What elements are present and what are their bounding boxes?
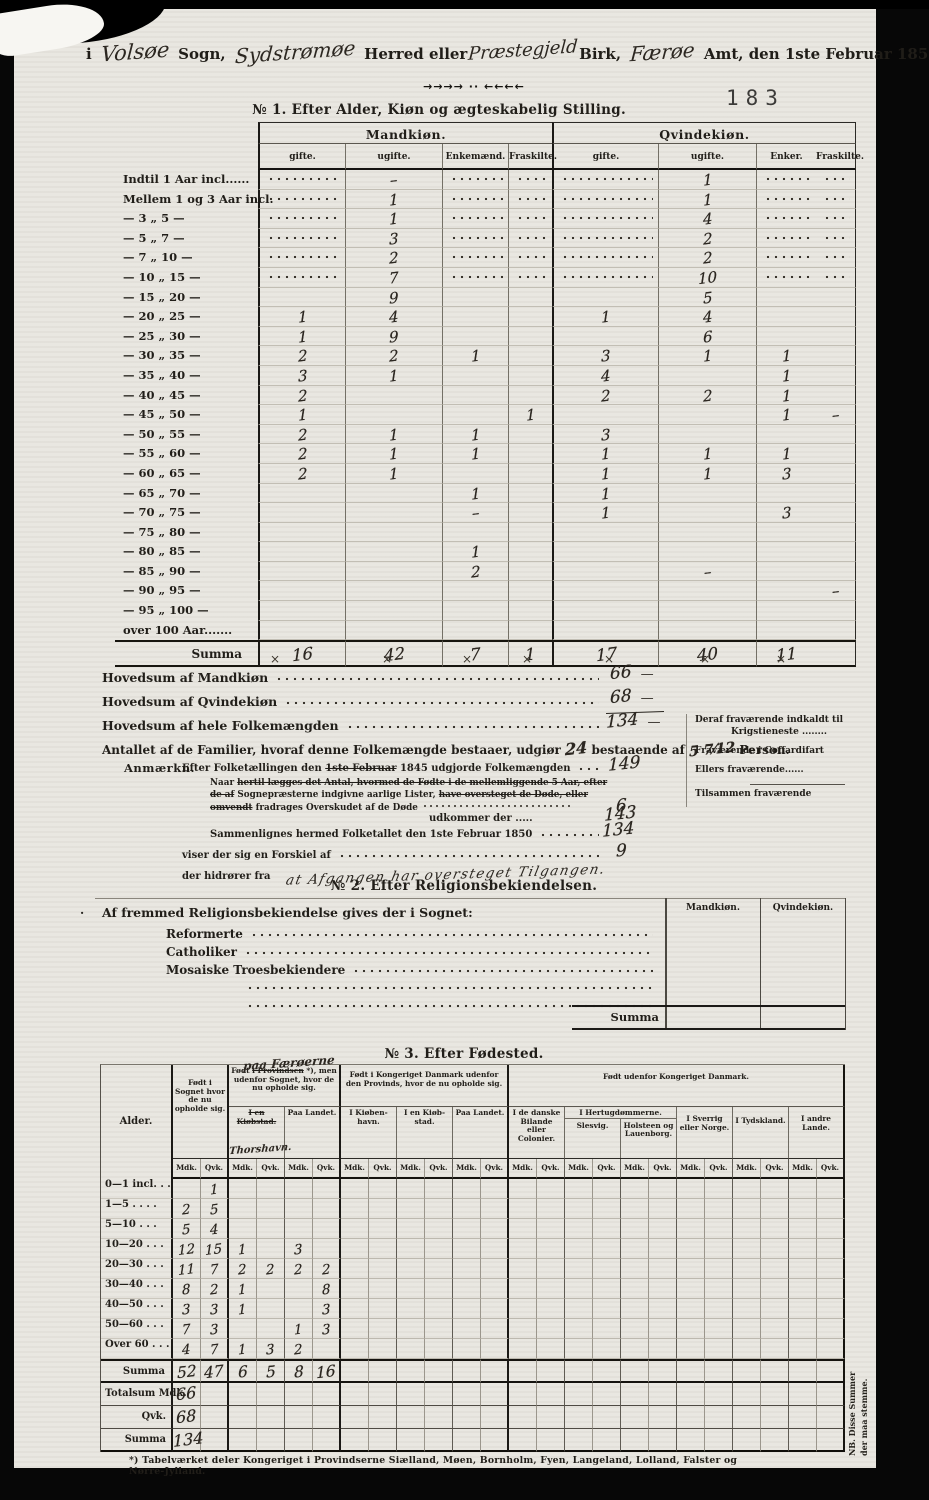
dotted-leader: [537, 828, 599, 841]
cell: [453, 1319, 481, 1339]
cell: [537, 1179, 565, 1199]
cell: [565, 1319, 593, 1339]
hovedsum-total-value: 134—: [606, 711, 660, 731]
cell: [537, 1383, 565, 1406]
cell: [481, 1199, 509, 1219]
cell-female-enker: [756, 229, 816, 249]
cell-female-gifte: [552, 523, 658, 543]
cell-female-ugifte: [658, 581, 756, 601]
county-name-handwritten: Færøe: [629, 38, 695, 67]
cell: [201, 1406, 229, 1429]
dotted-leader: [336, 849, 599, 862]
mdk-header: Mdk.: [341, 1159, 369, 1179]
census-scan-page: i Volsøe Sogn, Sydstrømøe Herred eller P…: [0, 0, 929, 1500]
birthplace-row-label: 30—40 . . .: [101, 1279, 173, 1299]
cell: [649, 1339, 677, 1359]
age-row-label: — 40 „ 45 —: [115, 386, 258, 406]
cell: [733, 1383, 761, 1406]
cell: 7: [173, 1319, 201, 1339]
age-row-label: — 20 „ 25 —: [115, 307, 258, 327]
cell: 3: [285, 1239, 313, 1259]
cell-female-gifte: 3: [552, 346, 658, 366]
cell: [369, 1359, 397, 1383]
page-number: 183: [726, 86, 785, 110]
cell: [425, 1219, 453, 1239]
anm-line1: Efter Folketællingen den 1ste Februar 18…: [182, 762, 604, 775]
mdk-header: Mdk.: [565, 1159, 593, 1179]
cell: [285, 1406, 313, 1429]
cell-female-gifte: [552, 248, 658, 268]
qvk-header: Qvk.: [369, 1159, 397, 1179]
cell-male-fraskilte: [508, 523, 552, 543]
cell-male-gifte: 2: [258, 346, 345, 366]
cell: [621, 1259, 649, 1279]
cell-male-fraskilte: [508, 288, 552, 308]
cell: [397, 1219, 425, 1239]
cell-female-fraskilte: [816, 366, 856, 386]
cell: [705, 1299, 733, 1319]
cell: 52: [173, 1359, 201, 1383]
cell-female-enker: 1: [756, 405, 816, 425]
mdk-header: Mdk.: [229, 1159, 257, 1179]
cell-female-fraskilte: [816, 190, 856, 210]
cell: [593, 1259, 621, 1279]
cell-female-fraskilte: [816, 229, 856, 249]
cell: [649, 1383, 677, 1406]
cell-male-fraskilte: [508, 562, 552, 582]
cell: 12: [173, 1239, 201, 1259]
cell: [565, 1279, 593, 1299]
cell: [537, 1199, 565, 1219]
cell-male-fraskilte: [508, 503, 552, 523]
birthplace-row-label: Totalsum Mdk.: [101, 1383, 173, 1406]
cell: [341, 1219, 369, 1239]
cell: 8: [313, 1279, 341, 1299]
cell: 3: [313, 1299, 341, 1319]
cell-male-fraskilte: [508, 484, 552, 504]
cell-male-ugifte: [345, 542, 442, 562]
cell: [761, 1429, 789, 1452]
cell-female-ugifte: –: [658, 562, 756, 582]
cell-male-gifte: [258, 190, 345, 210]
cell: [733, 1299, 761, 1319]
religion-row: Catholiker: [166, 945, 658, 959]
cell-male-fraskilte: [508, 621, 552, 641]
cell-male-gifte: 2: [258, 386, 345, 406]
cell: [565, 1406, 593, 1429]
cell: [705, 1259, 733, 1279]
cell: [425, 1259, 453, 1279]
cell-male-gifte: [258, 581, 345, 601]
cell-male-enkemaend: [442, 248, 508, 268]
age-row-label: — 55 „ 60 —: [115, 444, 258, 464]
cell-male-fraskilte: [508, 425, 552, 445]
cell-female-enker: [756, 170, 816, 190]
cell: [789, 1199, 817, 1219]
cell: [481, 1299, 509, 1319]
cell: 3: [201, 1319, 229, 1339]
cell-male-gifte: [258, 601, 345, 621]
cell: [677, 1199, 705, 1219]
cell: [649, 1319, 677, 1339]
cell: [425, 1319, 453, 1339]
cell: [369, 1429, 397, 1452]
cell: [789, 1299, 817, 1319]
cell-female-ugifte: [658, 523, 756, 543]
cell: [537, 1406, 565, 1429]
anm-line4: Sammenlignes hermed Folketallet den 1ste…: [210, 828, 604, 841]
pen-check-mark: ×: [382, 652, 392, 666]
cell-female-ugifte: 1: [658, 464, 756, 484]
cell-male-ugifte: 2: [345, 346, 442, 366]
cell: [537, 1299, 565, 1319]
cell-female-ugifte: 1: [658, 190, 756, 210]
cell: [537, 1259, 565, 1279]
cell: 47: [201, 1359, 229, 1383]
cell-female-enker: [756, 248, 816, 268]
cell: [677, 1359, 705, 1383]
cell: [733, 1239, 761, 1259]
cell-female-fraskilte: [816, 542, 856, 562]
cell: [397, 1359, 425, 1383]
cell: [705, 1406, 733, 1429]
table2-bottom-rule: [572, 1028, 845, 1030]
anm-line5: viser der sig en Forskiel af: [182, 849, 604, 862]
cell-male-fraskilte: [508, 464, 552, 484]
cell: 1: [229, 1339, 257, 1359]
cell: [621, 1359, 649, 1383]
cell-female-ugifte: [658, 425, 756, 445]
cell: [537, 1429, 565, 1452]
cell: [453, 1199, 481, 1219]
cell-male-enkemaend: [442, 268, 508, 288]
cell: [817, 1319, 845, 1339]
cell-male-ugifte: [345, 484, 442, 504]
cell-male-enkemaend: [442, 405, 508, 425]
cell: [565, 1199, 593, 1219]
cell-female-gifte: [552, 542, 658, 562]
cell-male-ugifte: 9: [345, 327, 442, 347]
cell: [481, 1219, 509, 1239]
cell-female-enker: [756, 268, 816, 288]
cell: [649, 1219, 677, 1239]
cell: [621, 1179, 649, 1199]
col-header: gifte.: [552, 144, 658, 170]
cell-female-fraskilte: [816, 268, 856, 288]
cell: [285, 1299, 313, 1319]
cell: [341, 1299, 369, 1319]
age-row-label: Summa: [115, 640, 258, 667]
anm-line2: Naar hertil lægges det Antal, hvormed de…: [210, 778, 610, 815]
cell: [425, 1199, 453, 1219]
cell: [761, 1179, 789, 1199]
cell-female-ugifte: 1: [658, 346, 756, 366]
cell-female-gifte: [552, 621, 658, 641]
cell: [789, 1339, 817, 1359]
cell: [313, 1239, 341, 1259]
cell-female-gifte: [552, 209, 658, 229]
cell-male-enkemaend: [442, 209, 508, 229]
cell-male-enkemaend: 1: [442, 542, 508, 562]
cell-female-enker: [756, 523, 816, 543]
dotted-leader: [244, 981, 653, 994]
cell: [509, 1199, 537, 1219]
cell: [369, 1319, 397, 1339]
cell-male-ugifte: 2: [345, 248, 442, 268]
cell: [649, 1406, 677, 1429]
cell: [817, 1239, 845, 1259]
cell: [593, 1406, 621, 1429]
cell-male-ugifte: [345, 601, 442, 621]
cell: [677, 1339, 705, 1359]
born-in-denmark-header: Født i Kongeriget Danmark udenfor den Pr…: [341, 1065, 509, 1107]
cell-female-enker: 3: [756, 503, 816, 523]
anm-1845-value: 149: [608, 754, 640, 774]
cell-male-gifte: [258, 248, 345, 268]
cell: [761, 1239, 789, 1259]
cell: [341, 1179, 369, 1199]
cell: [313, 1179, 341, 1199]
cell-female-enker: 1: [756, 346, 816, 366]
cell-female-gifte: 2: [552, 386, 658, 406]
age-row-label: — 10 „ 15 —: [115, 268, 258, 288]
cell: [761, 1299, 789, 1319]
cell-male-ugifte: [345, 621, 442, 641]
cell: [313, 1383, 341, 1406]
mdk-header: Mdk.: [733, 1159, 761, 1179]
subcol-duchies: I Hertugdømmerne. Slesvig. Holsteen og L…: [565, 1107, 677, 1159]
cell: [649, 1199, 677, 1219]
religion-intro: Af fremmed Religionsbekiendelse gives de…: [102, 905, 473, 920]
birthplace-row-label: Qvk.: [101, 1406, 173, 1429]
cell: [397, 1279, 425, 1299]
cell: 7: [201, 1259, 229, 1279]
cell: [453, 1299, 481, 1319]
cell-male-gifte: [258, 484, 345, 504]
cell-female-fraskilte: [816, 640, 856, 667]
cell: [537, 1339, 565, 1359]
cell: [453, 1219, 481, 1239]
qvk-header: Qvk.: [425, 1159, 453, 1179]
age-row-label: — 3 „ 5 —: [115, 209, 258, 229]
cell: [341, 1239, 369, 1259]
cell: [677, 1219, 705, 1239]
cell: [789, 1179, 817, 1199]
cell: [369, 1199, 397, 1219]
cell: [509, 1219, 537, 1239]
cell: [369, 1339, 397, 1359]
cell-female-gifte: [552, 288, 658, 308]
cell: 1: [201, 1179, 229, 1199]
cell: [621, 1299, 649, 1319]
parish-name-handwritten: Volsøe: [100, 38, 170, 67]
hovedsum-total-line: Hovedsum af hele Folkemængden: [102, 718, 604, 733]
hovedsum-male-value: 66—: [610, 663, 654, 683]
mdk-header: Mdk.: [453, 1159, 481, 1179]
cell: [397, 1383, 425, 1406]
cell: [621, 1199, 649, 1219]
mdk-header: Mdk.: [397, 1159, 425, 1179]
cell: [593, 1179, 621, 1199]
cell: [257, 1179, 285, 1199]
cell: [173, 1179, 201, 1199]
age-row-label: — 30 „ 35 —: [115, 346, 258, 366]
cell: [789, 1239, 817, 1259]
sidebar-rule: [750, 784, 845, 785]
cell: [481, 1429, 509, 1452]
cell-male-enkemaend: [442, 581, 508, 601]
cell-male-enkemaend: [442, 307, 508, 327]
cell: [397, 1259, 425, 1279]
cell: [593, 1319, 621, 1339]
cell: [201, 1429, 229, 1452]
cell: [677, 1319, 705, 1339]
footnote: *) Tabelværket deler Kongeriget i Provin…: [129, 1455, 769, 1477]
cell: 1: [229, 1279, 257, 1299]
cell: [453, 1383, 481, 1406]
subcol-colonies: I de danske Bilande eller Colonier.: [509, 1107, 565, 1159]
cell: [341, 1339, 369, 1359]
cell-female-ugifte: [658, 484, 756, 504]
cell-male-enkemaend: [442, 327, 508, 347]
pen-check-mark: ×: [522, 652, 532, 666]
cell: [733, 1406, 761, 1429]
cell-female-gifte: [552, 581, 658, 601]
cell-male-enkemaend: [442, 386, 508, 406]
dotted-leader: [282, 696, 599, 709]
cell: 5: [173, 1219, 201, 1239]
cell-male-gifte: [258, 562, 345, 582]
cell: [817, 1359, 845, 1383]
cell: [789, 1406, 817, 1429]
absent-other: Ellers fraværende......: [695, 764, 863, 776]
cell: [341, 1259, 369, 1279]
cell: [565, 1239, 593, 1259]
sogn-label: Sogn,: [178, 45, 225, 63]
cell-female-enker: [756, 425, 816, 445]
cell: [257, 1406, 285, 1429]
cell: [621, 1279, 649, 1299]
subcol-other-countries: I andre Lande.: [789, 1107, 845, 1159]
dotted-leader: [575, 762, 599, 775]
cell: [593, 1219, 621, 1239]
pen-check-mark: ×: [462, 652, 472, 666]
cell: [313, 1199, 341, 1219]
cell: [537, 1359, 565, 1383]
cell: 16: [313, 1359, 341, 1383]
cell-female-enker: 1: [756, 366, 816, 386]
cell-male-ugifte: 9: [345, 288, 442, 308]
cell-male-gifte: [258, 503, 345, 523]
cell-female-fraskilte: [816, 248, 856, 268]
age-row-label: — 7 „ 10 —: [115, 248, 258, 268]
cell: [817, 1383, 845, 1406]
cell-female-enker: 1: [756, 386, 816, 406]
cell: [761, 1319, 789, 1339]
cell-female-fraskilte: [816, 562, 856, 582]
age-row-label: — 95 „ 100 —: [115, 601, 258, 621]
age-row-label: — 80 „ 85 —: [115, 542, 258, 562]
ornament-divider: →→→→ ·· ←←←←: [384, 80, 564, 93]
cell-male-enkemaend: [442, 229, 508, 249]
cell: [481, 1179, 509, 1199]
cell: [257, 1299, 285, 1319]
col-header: Enkemænd.: [442, 144, 508, 170]
cell: [425, 1339, 453, 1359]
cell: 134: [173, 1429, 201, 1452]
cell-male-ugifte: [345, 523, 442, 543]
cell: [285, 1199, 313, 1219]
paper-sheet: i Volsøe Sogn, Sydstrømøe Herred eller P…: [14, 6, 876, 1468]
cell: [565, 1259, 593, 1279]
cell: [761, 1359, 789, 1383]
cell: [621, 1339, 649, 1359]
cell-male-enkemaend: [442, 523, 508, 543]
cell-female-fraskilte: [816, 601, 856, 621]
cell-male-enkemaend: 1: [442, 346, 508, 366]
cell: [621, 1406, 649, 1429]
cell: [817, 1199, 845, 1219]
cell-male-gifte: 2: [258, 425, 345, 445]
absent-total: Tilsammen fraværende: [695, 788, 863, 800]
cell: [509, 1239, 537, 1259]
cell: [705, 1319, 733, 1339]
cell-female-enker: 3: [756, 464, 816, 484]
cell: [733, 1219, 761, 1239]
cell-female-gifte: 4: [552, 366, 658, 386]
cell: [285, 1279, 313, 1299]
jurisdiction-handwritten: Præstegjeld: [468, 36, 579, 65]
cell: 11: [173, 1259, 201, 1279]
cell: [229, 1319, 257, 1339]
birthplace-row-label: Summa: [101, 1429, 173, 1452]
cell: [565, 1383, 593, 1406]
age-row-label: Indtil 1 Aar incl......: [115, 170, 258, 190]
cell: [257, 1383, 285, 1406]
cell: [313, 1219, 341, 1239]
cell: [509, 1383, 537, 1406]
family-count-handwritten: 24: [565, 738, 587, 759]
cell: [537, 1239, 565, 1259]
col-header: ugifte.: [345, 144, 442, 170]
cell: [341, 1279, 369, 1299]
nb-vertical-note: NB. Disse Summer der maa stemme.: [847, 1354, 870, 1456]
cell: [649, 1279, 677, 1299]
cell: [761, 1259, 789, 1279]
cell: [453, 1279, 481, 1299]
cell-female-fraskilte: [816, 621, 856, 641]
age-row-label: — 25 „ 30 —: [115, 327, 258, 347]
cell: [593, 1429, 621, 1452]
cell: [789, 1429, 817, 1452]
age-row-label: — 45 „ 50 —: [115, 405, 258, 425]
qvk-header: Qvk.: [649, 1159, 677, 1179]
cell-male-gifte: 2: [258, 464, 345, 484]
cell: [705, 1339, 733, 1359]
cell: 1: [229, 1239, 257, 1259]
birthplace-row-label: 20—30 . . .: [101, 1259, 173, 1279]
cell: [481, 1259, 509, 1279]
cell: [677, 1299, 705, 1319]
cell-female-fraskilte: [816, 327, 856, 347]
cell: [453, 1259, 481, 1279]
cell-female-gifte: 1: [552, 503, 658, 523]
cell-male-gifte: 2: [258, 444, 345, 464]
cell-female-enker: 1: [756, 444, 816, 464]
cell-female-gifte: [552, 190, 658, 210]
pen-check-mark: ×: [700, 652, 710, 666]
cell: [425, 1429, 453, 1452]
